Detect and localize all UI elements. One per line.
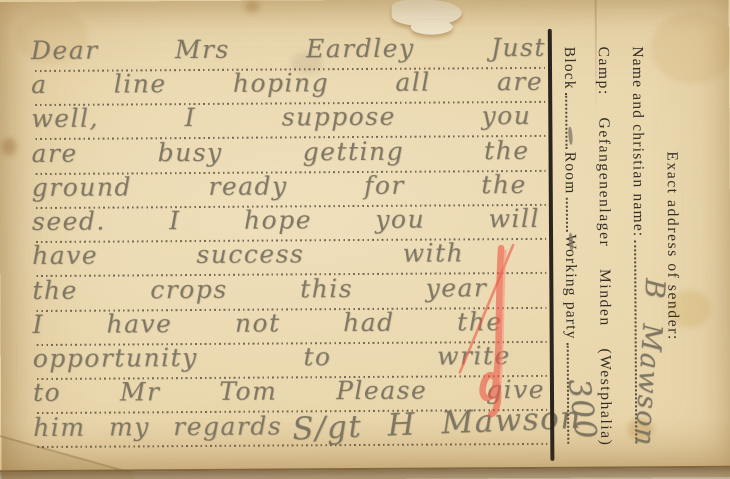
printed-heading-row: Exact address of sender: (663, 46, 695, 446)
dotted-leader (566, 197, 569, 231)
camp-name: Gefangenenlager (595, 117, 613, 247)
paper-stain (1, 138, 16, 155)
sender-signature: S/gt H Mawson (292, 400, 583, 448)
message-line: him my regards (33, 412, 282, 443)
paper-stain (245, 1, 260, 13)
room-label: Room (562, 152, 579, 195)
name-label: Name and christian name: (629, 46, 647, 237)
camp-town: Minden (596, 269, 613, 327)
block-label: Block (561, 47, 578, 90)
postcard-surface: Dear Mrs Eardley Just a line hoping all … (0, 0, 730, 479)
printed-sender-section: Exact address of sender: Name and christ… (555, 26, 706, 457)
postcard: Dear Mrs Eardley Just a line hoping all … (0, 0, 730, 472)
camp-label: Camp: (595, 46, 612, 95)
divider-rule (548, 29, 554, 461)
printed-camp-row: Camp: Gefangenenlager Minden (Westphalia… (595, 46, 627, 446)
